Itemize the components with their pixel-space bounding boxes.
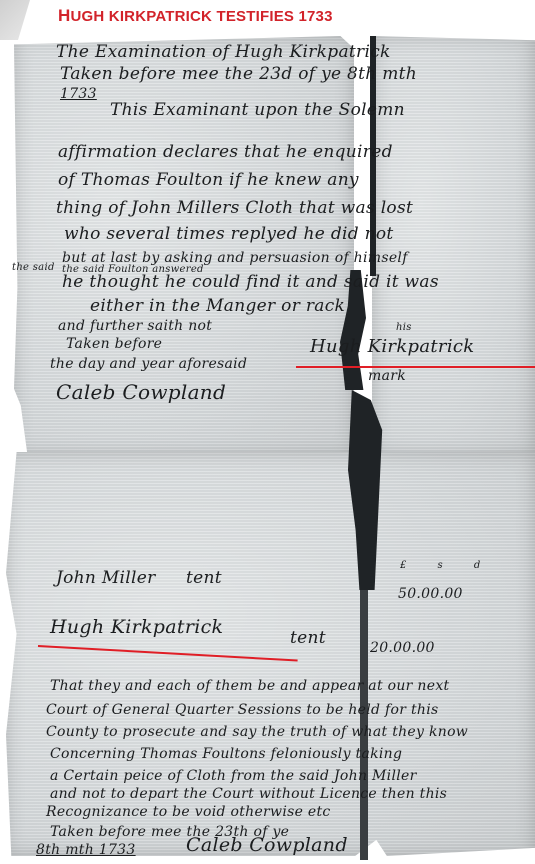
bond-action: tent: [290, 628, 326, 648]
examinant-mark-signature: Hugh Kirkpatrick: [310, 336, 474, 357]
examination-line: of Thomas Foulton if he knew any: [58, 170, 359, 190]
paper-corner: [0, 0, 30, 40]
margin-note: the said: [12, 262, 55, 273]
examination-line: and further saith not: [58, 318, 212, 334]
examination-line: thing of John Millers Cloth that was los…: [56, 198, 413, 218]
mark-label: mark: [368, 368, 406, 384]
page-title: HUGH KIRKPATRICK TESTIFIES 1733: [58, 6, 333, 26]
bond-amount: 20.00.00: [370, 640, 435, 656]
condition-line: a Certain peice of Cloth from the said J…: [50, 768, 417, 784]
recognizance-date: 8th mth 1733: [36, 842, 136, 858]
condition-line: Concerning Thomas Foultons feloniously t…: [50, 746, 402, 762]
magistrate-signature: Caleb Cowpland: [56, 380, 226, 404]
examination-line: he thought he could find it and said it …: [62, 272, 439, 292]
examination-line: affirmation declares that he enquired: [58, 142, 393, 162]
examination-line: either in the Manger or rack: [90, 296, 345, 316]
examination-line: The Examination of Hugh Kirkpatrick: [56, 42, 391, 62]
condition-line: That they and each of them be and appear…: [50, 678, 449, 694]
examination-line: This Examinant upon the Solemn: [110, 100, 405, 120]
taken-before-date: the day and year aforesaid: [50, 356, 247, 372]
title-initial: H: [58, 6, 70, 25]
condition-line: and not to depart the Court without Lice…: [50, 786, 447, 802]
taken-before-label: Taken before: [66, 336, 162, 352]
examination-line: who several times replyed he did not: [64, 224, 394, 244]
title-rest: UGH KIRKPATRICK TESTIFIES 1733: [70, 8, 332, 25]
condition-line: County to prosecute and say the truth of…: [46, 724, 468, 740]
mark-his: his: [396, 322, 412, 333]
examination-year: 1733: [60, 86, 97, 102]
bond-amount: 50.00.00: [398, 586, 463, 602]
condition-line: Court of General Quarter Sessions to be …: [46, 702, 438, 718]
magistrate-signature: Caleb Cowpland: [186, 834, 348, 856]
document-sheet-top-right: [372, 36, 535, 456]
bond-name: John Miller: [56, 568, 156, 588]
bond-action: tent: [186, 568, 222, 588]
currency-header: £ s d: [400, 560, 494, 571]
red-underline-mark-signature: [296, 366, 535, 368]
bond-name: Hugh Kirkpatrick: [50, 616, 223, 638]
examination-line: Taken before mee the 23d of ye 8th mth: [60, 64, 417, 84]
condition-line: Recognizance to be void otherwise etc: [46, 804, 331, 820]
